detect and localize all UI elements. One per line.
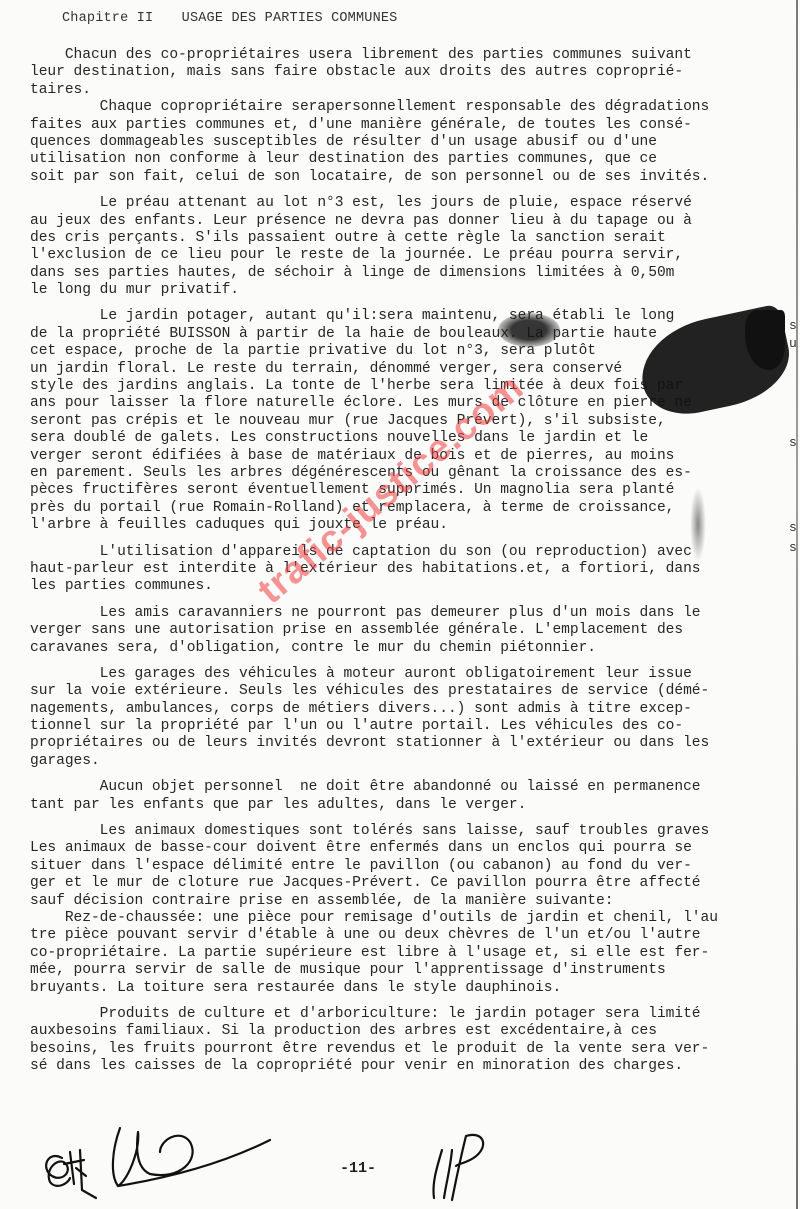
text-line: Le préau attenant au lot n°3 est, les jo… <box>30 195 794 212</box>
document-body: Chacun des co-propriétaires usera librem… <box>30 47 794 1075</box>
text-line: le long du mur privatif. <box>30 282 794 299</box>
text-line: haut-parleur est interdite à l'extérieur… <box>30 561 794 578</box>
text-line: près du portail (rue Romain-Rolland) et … <box>30 500 794 517</box>
blank-line <box>30 657 794 666</box>
text-line: au jeux des enfants. Leur présence ne de… <box>30 213 794 230</box>
signature-2 <box>113 1128 270 1186</box>
text-line: les parties communes. <box>30 578 794 595</box>
page-number: -11- <box>340 1160 376 1177</box>
chapter-heading: Chapitre II USAGE DES PARTIES COMMUNES <box>62 11 397 26</box>
text-line: tionnel sur la propriété par l'un ou l'a… <box>30 718 794 735</box>
text-line: soit par son fait, celui de son locatair… <box>30 169 794 186</box>
margin-mark: s <box>789 540 797 555</box>
margin-mark: s <box>789 318 797 333</box>
text-line: sauf décision contraire prise en assembl… <box>30 893 794 910</box>
chapter-title: USAGE DES PARTIES COMMUNES <box>182 11 398 26</box>
text-line: situer dans l'espace délimité entre le p… <box>30 858 794 875</box>
margin-mark: s <box>789 435 797 450</box>
signatures <box>0 1120 800 1209</box>
text-line: auxbesoins familiaux. Si la production d… <box>30 1023 794 1040</box>
text-line: garages. <box>30 753 794 770</box>
ink-smudge <box>690 487 706 562</box>
chapter-label: Chapitre II <box>62 11 153 26</box>
text-line: Produits de culture et d'arboriculture: … <box>30 1006 794 1023</box>
text-line: Le jardin potager, autant qu'il:sera mai… <box>30 308 794 325</box>
text-line: utilisation non conforme à leur destinat… <box>30 151 794 168</box>
text-line: Chaque copropriétaire serapersonnellemen… <box>30 99 794 116</box>
document-page: Chapitre II USAGE DES PARTIES COMMUNES C… <box>0 0 800 1209</box>
text-line: L'utilisation d'appareils de captation d… <box>30 544 794 561</box>
text-line: Rez-de-chaussée: une pièce pour remisage… <box>30 910 794 927</box>
margin-mark: u <box>789 336 797 351</box>
text-line: caravanes sera, d'obligation, contre le … <box>30 640 794 657</box>
text-line: leur destination, mais sans faire obstac… <box>30 64 794 81</box>
text-line: co-propriétaire. La partie supérieure es… <box>30 945 794 962</box>
text-line: nagements, ambulances, corps de métiers … <box>30 701 794 718</box>
text-line: Les garages des véhicules à moteur auron… <box>30 666 794 683</box>
text-line: besoins, les fruits pourront être revend… <box>30 1041 794 1058</box>
text-line: taires. <box>30 82 794 99</box>
text-line: sé dans les caisses de la copropriété po… <box>30 1058 794 1075</box>
text-line: verger seront édifiées à base de matéria… <box>30 448 794 465</box>
blank-line <box>30 186 794 195</box>
text-line: verger sans une autorisation prise en as… <box>30 622 794 639</box>
text-line: sera doublé de galets. Les constructions… <box>30 430 794 447</box>
text-line: propriétaires ou de leurs invités devron… <box>30 735 794 752</box>
margin-mark: s <box>789 520 797 535</box>
page-edge <box>796 0 798 1209</box>
blank-line <box>30 596 794 605</box>
text-line: Les animaux domestiques sont tolérés san… <box>30 823 794 840</box>
text-line: Aucun objet personnel ne doit être aband… <box>30 779 794 796</box>
text-line: faites aux parties communes et, d'une ma… <box>30 117 794 134</box>
text-line: Les animaux de basse-cour doivent être e… <box>30 840 794 857</box>
text-line: tant par les enfants que par les adultes… <box>30 797 794 814</box>
text-line: sur la voie extérieure. Seuls les véhicu… <box>30 683 794 700</box>
ink-blot-small <box>498 313 560 347</box>
text-line: Chacun des co-propriétaires usera librem… <box>30 47 794 64</box>
text-line: seront pas crépis et le nouveau mur (rue… <box>30 413 794 430</box>
text-line: bruyants. La toiture sera restaurée dans… <box>30 980 794 997</box>
text-line: tre pièce pouvant servir d'étable à une … <box>30 927 794 944</box>
blank-line <box>30 814 794 823</box>
text-line: l'exclusion de ce lieu pour le reste de … <box>30 247 794 264</box>
text-line: des cris perçants. S'ils passaient outre… <box>30 230 794 247</box>
text-line: en parement. Seuls les arbres dégénéresc… <box>30 465 794 482</box>
text-line: ger et le mur de cloture rue Jacques-Pré… <box>30 875 794 892</box>
text-line: Les amis caravanniers ne pourront pas de… <box>30 605 794 622</box>
text-line: l'arbre à feuilles caduques qui jouxte l… <box>30 517 794 534</box>
signature-1 <box>46 1150 96 1198</box>
text-line: dans ses parties hautes, de séchoir à li… <box>30 265 794 282</box>
signature-3 <box>433 1135 483 1200</box>
blank-line <box>30 299 794 308</box>
blank-line <box>30 997 794 1006</box>
blank-line <box>30 770 794 779</box>
text-line: mée, pourra servir de salle de musique p… <box>30 962 794 979</box>
text-line: pèces fructifères seront éventuellement … <box>30 482 794 499</box>
blank-line <box>30 535 794 544</box>
text-line: quences dommageables susceptibles de rés… <box>30 134 794 151</box>
